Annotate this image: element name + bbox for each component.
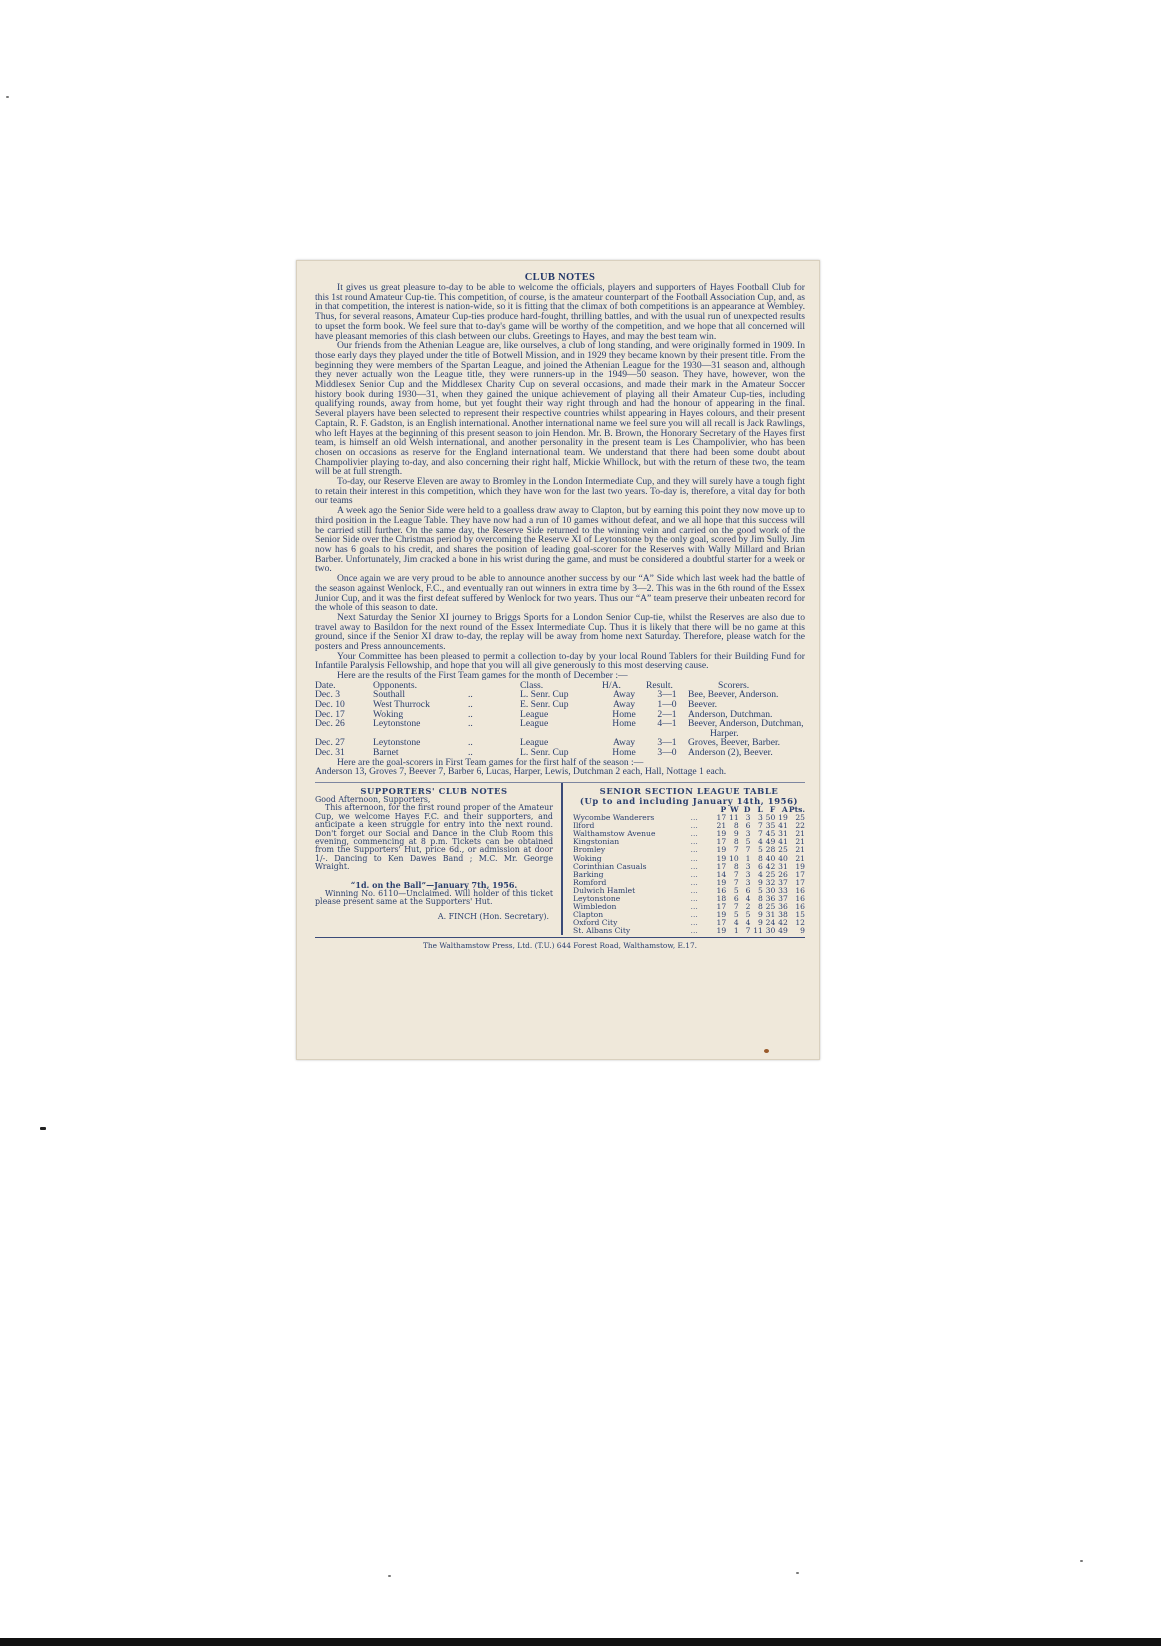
december-results-table: Date.Opponents.Class.H/A.Result.Scorers.…: [315, 681, 805, 758]
league-stat: 19: [714, 927, 726, 935]
league-stat: 30: [763, 927, 775, 935]
results-result: 4—1: [646, 719, 688, 729]
league-stat: 49: [775, 927, 787, 935]
ball-body: Winning No. 6110—Unclaimed. Will holder …: [315, 890, 553, 907]
club-notes-paragraph: Once again we are very proud to be able …: [315, 574, 805, 613]
league-table-title: SENIOR SECTION LEAGUE TABLE: [573, 786, 805, 796]
club-notes-paragraph: Your Committee has been pleased to permi…: [315, 652, 805, 671]
leader-dots: ..: [468, 700, 520, 710]
results-class: League: [520, 719, 602, 729]
leader-dots: ..: [468, 710, 520, 720]
paper-stain: [764, 1049, 769, 1053]
results-result: 3—0: [646, 748, 688, 758]
league-table-section: SENIOR SECTION LEAGUE TABLE (Up to and i…: [563, 783, 805, 936]
club-notes-paragraph: A week ago the Senior Side were held to …: [315, 506, 805, 574]
printer-imprint: The Walthamstow Press, Ltd. (T.U.) 644 F…: [315, 941, 805, 950]
leader-dots: ..: [468, 719, 520, 729]
supporters-club-notes: SUPPORTERS' CLUB NOTES Good Afternoon, S…: [315, 783, 563, 936]
league-stat: 1: [726, 927, 738, 935]
scan-edge: [0, 1638, 1161, 1646]
club-notes-paragraph: Next Saturday the Senior XI journey to B…: [315, 613, 805, 652]
league-team: St. Albans City: [573, 927, 691, 935]
results-ha: Home: [602, 719, 646, 729]
league-stat: 11: [750, 927, 762, 935]
league-table: PWDLFAPts. Wycombe Wanderers...171133501…: [573, 806, 805, 936]
results-header: [468, 681, 520, 691]
results-scorers: Anderson (2), Beever.: [688, 748, 805, 758]
results-scorers: Beever, Anderson, Dutchman,: [688, 719, 805, 729]
footer-divider: [315, 937, 805, 938]
club-notes-paragraph: It gives us great pleasure to-day to be …: [315, 283, 805, 341]
club-notes-paragraph: To-day, our Reserve Eleven are away to B…: [315, 477, 805, 506]
league-stat: 7: [739, 927, 751, 935]
empty-cell: [468, 729, 520, 739]
league-row: St. Albans City...19171130499: [573, 927, 805, 935]
signature: A. FINCH (Hon. Secretary).: [315, 912, 553, 921]
supporters-body: This afternoon, for the first round prop…: [315, 804, 553, 871]
club-notes-body: It gives us great pleasure to-day to be …: [315, 283, 805, 681]
leader-dots: ..: [468, 738, 520, 748]
goalscorers-list: Anderson 13, Groves 7, Beever 7, Barber …: [315, 767, 805, 777]
programme-page: CLUB NOTES It gives us great pleasure to…: [296, 260, 820, 1060]
leader-dots: ..: [468, 690, 520, 700]
results-opponent: Leytonstone: [373, 719, 468, 729]
club-notes-paragraph: Our friends from the Athenian League are…: [315, 341, 805, 477]
results-date: Dec. 26: [315, 719, 373, 729]
league-stat: 9: [788, 927, 805, 935]
leader-dots: ...: [691, 927, 714, 935]
bottom-columns: SUPPORTERS' CLUB NOTES Good Afternoon, S…: [315, 783, 805, 936]
